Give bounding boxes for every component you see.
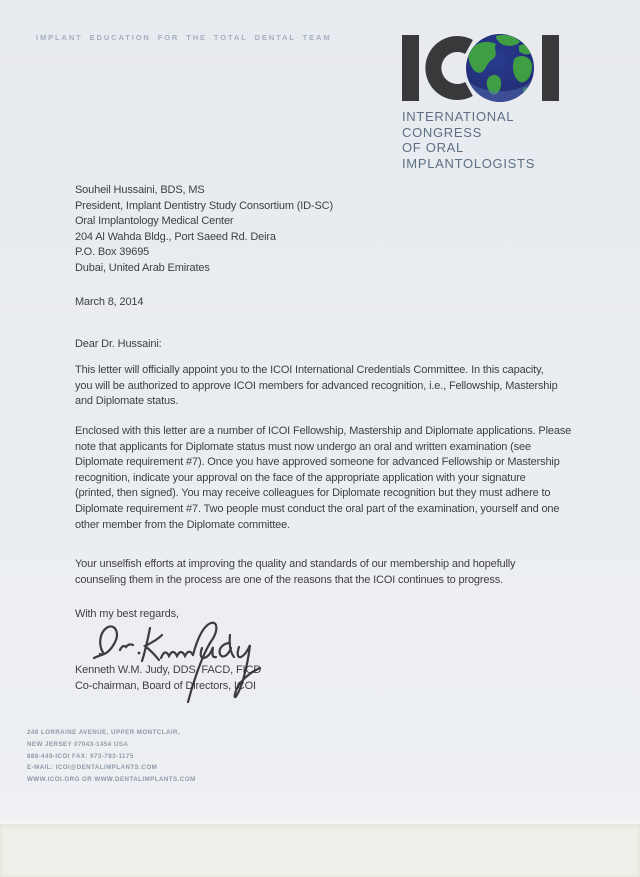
scanned-letter-page: IMPLANT EDUCATION FOR THE TOTAL DENTAL T…	[0, 0, 640, 823]
logo-letter-i2	[542, 35, 559, 101]
text-line: Your unselfish efforts at improving the …	[75, 557, 515, 573]
salutation: Dear Dr. Hussaini:	[75, 337, 162, 353]
text-line: P.O. Box 39695	[75, 245, 333, 261]
letterhead-footer: 248 LORRAINE AVENUE, UPPER MONTCLAIR,NEW…	[27, 727, 196, 786]
text-line: Oral Implantology Medical Center	[75, 214, 333, 230]
handwritten-signature	[84, 610, 274, 710]
text-line: (printed, then signed). You may receive …	[75, 486, 571, 502]
text-line: NEW JERSEY 07043-1454 USA	[27, 739, 196, 751]
globe-icon	[466, 34, 534, 103]
logo-letter-c	[433, 44, 469, 92]
recipient-address-block: Souheil Hussaini, BDS, MSPresident, Impl…	[75, 183, 333, 277]
text-line: 204 Al Wahda Bldg., Port Saeed Rd. Deira	[75, 230, 333, 246]
text-line: E-MAIL: ICOI@DENTALIMPLANTS.COM	[27, 762, 196, 774]
letterhead-tagline: IMPLANT EDUCATION FOR THE TOTAL DENTAL T…	[36, 33, 332, 42]
text-line: 888-449-ICOI FAX: 973-783-1175	[27, 751, 196, 763]
paragraph-appointment: This letter will officially appoint you …	[75, 363, 558, 410]
text-line: note that applicants for Diplomate statu…	[75, 440, 571, 456]
text-line: Dubai, United Arab Emirates	[75, 261, 333, 277]
paragraph-thanks: Your unselfish efforts at improving the …	[75, 557, 515, 588]
text-line: President, Implant Dentistry Study Conso…	[75, 199, 333, 215]
text-line: recognition, indicate your approval on t…	[75, 471, 571, 487]
text-line: you will be authorized to approve ICOI m…	[75, 379, 558, 395]
text-line: 248 LORRAINE AVENUE, UPPER MONTCLAIR,	[27, 727, 196, 739]
logo-organization-name: INTERNATIONALCONGRESSOF ORAL IMPLANTOLOG…	[402, 109, 570, 171]
text-line: WWW.ICOI.ORG OR WWW.DENTALIMPLANTS.COM	[27, 774, 196, 786]
text-line: OF ORAL IMPLANTOLOGISTS	[402, 140, 570, 171]
letter-date: March 8, 2014	[75, 295, 143, 311]
text-line: This letter will officially appoint you …	[75, 363, 558, 379]
text-line: CONGRESS	[402, 125, 570, 141]
text-line: and Diplomate status.	[75, 394, 558, 410]
text-line: Enclosed with this letter are a number o…	[75, 424, 571, 440]
text-line: other member from the Diplomate committe…	[75, 518, 571, 534]
icoi-logo: INTERNATIONALCONGRESSOF ORAL IMPLANTOLOG…	[402, 33, 570, 171]
text-line: Souheil Hussaini, BDS, MS	[75, 183, 333, 199]
scanner-bed-edge	[0, 823, 640, 877]
paragraph-applications: Enclosed with this letter are a number o…	[75, 424, 571, 533]
icoi-logo-mark	[402, 33, 560, 103]
text-line: Diplomate requirement #7). Once you have…	[75, 455, 571, 471]
logo-letter-i1	[402, 35, 419, 101]
text-line: INTERNATIONAL	[402, 109, 570, 125]
text-line: Diplomate requirement #7. Two people mus…	[75, 502, 571, 518]
text-line: counseling them in the process are one o…	[75, 573, 515, 589]
